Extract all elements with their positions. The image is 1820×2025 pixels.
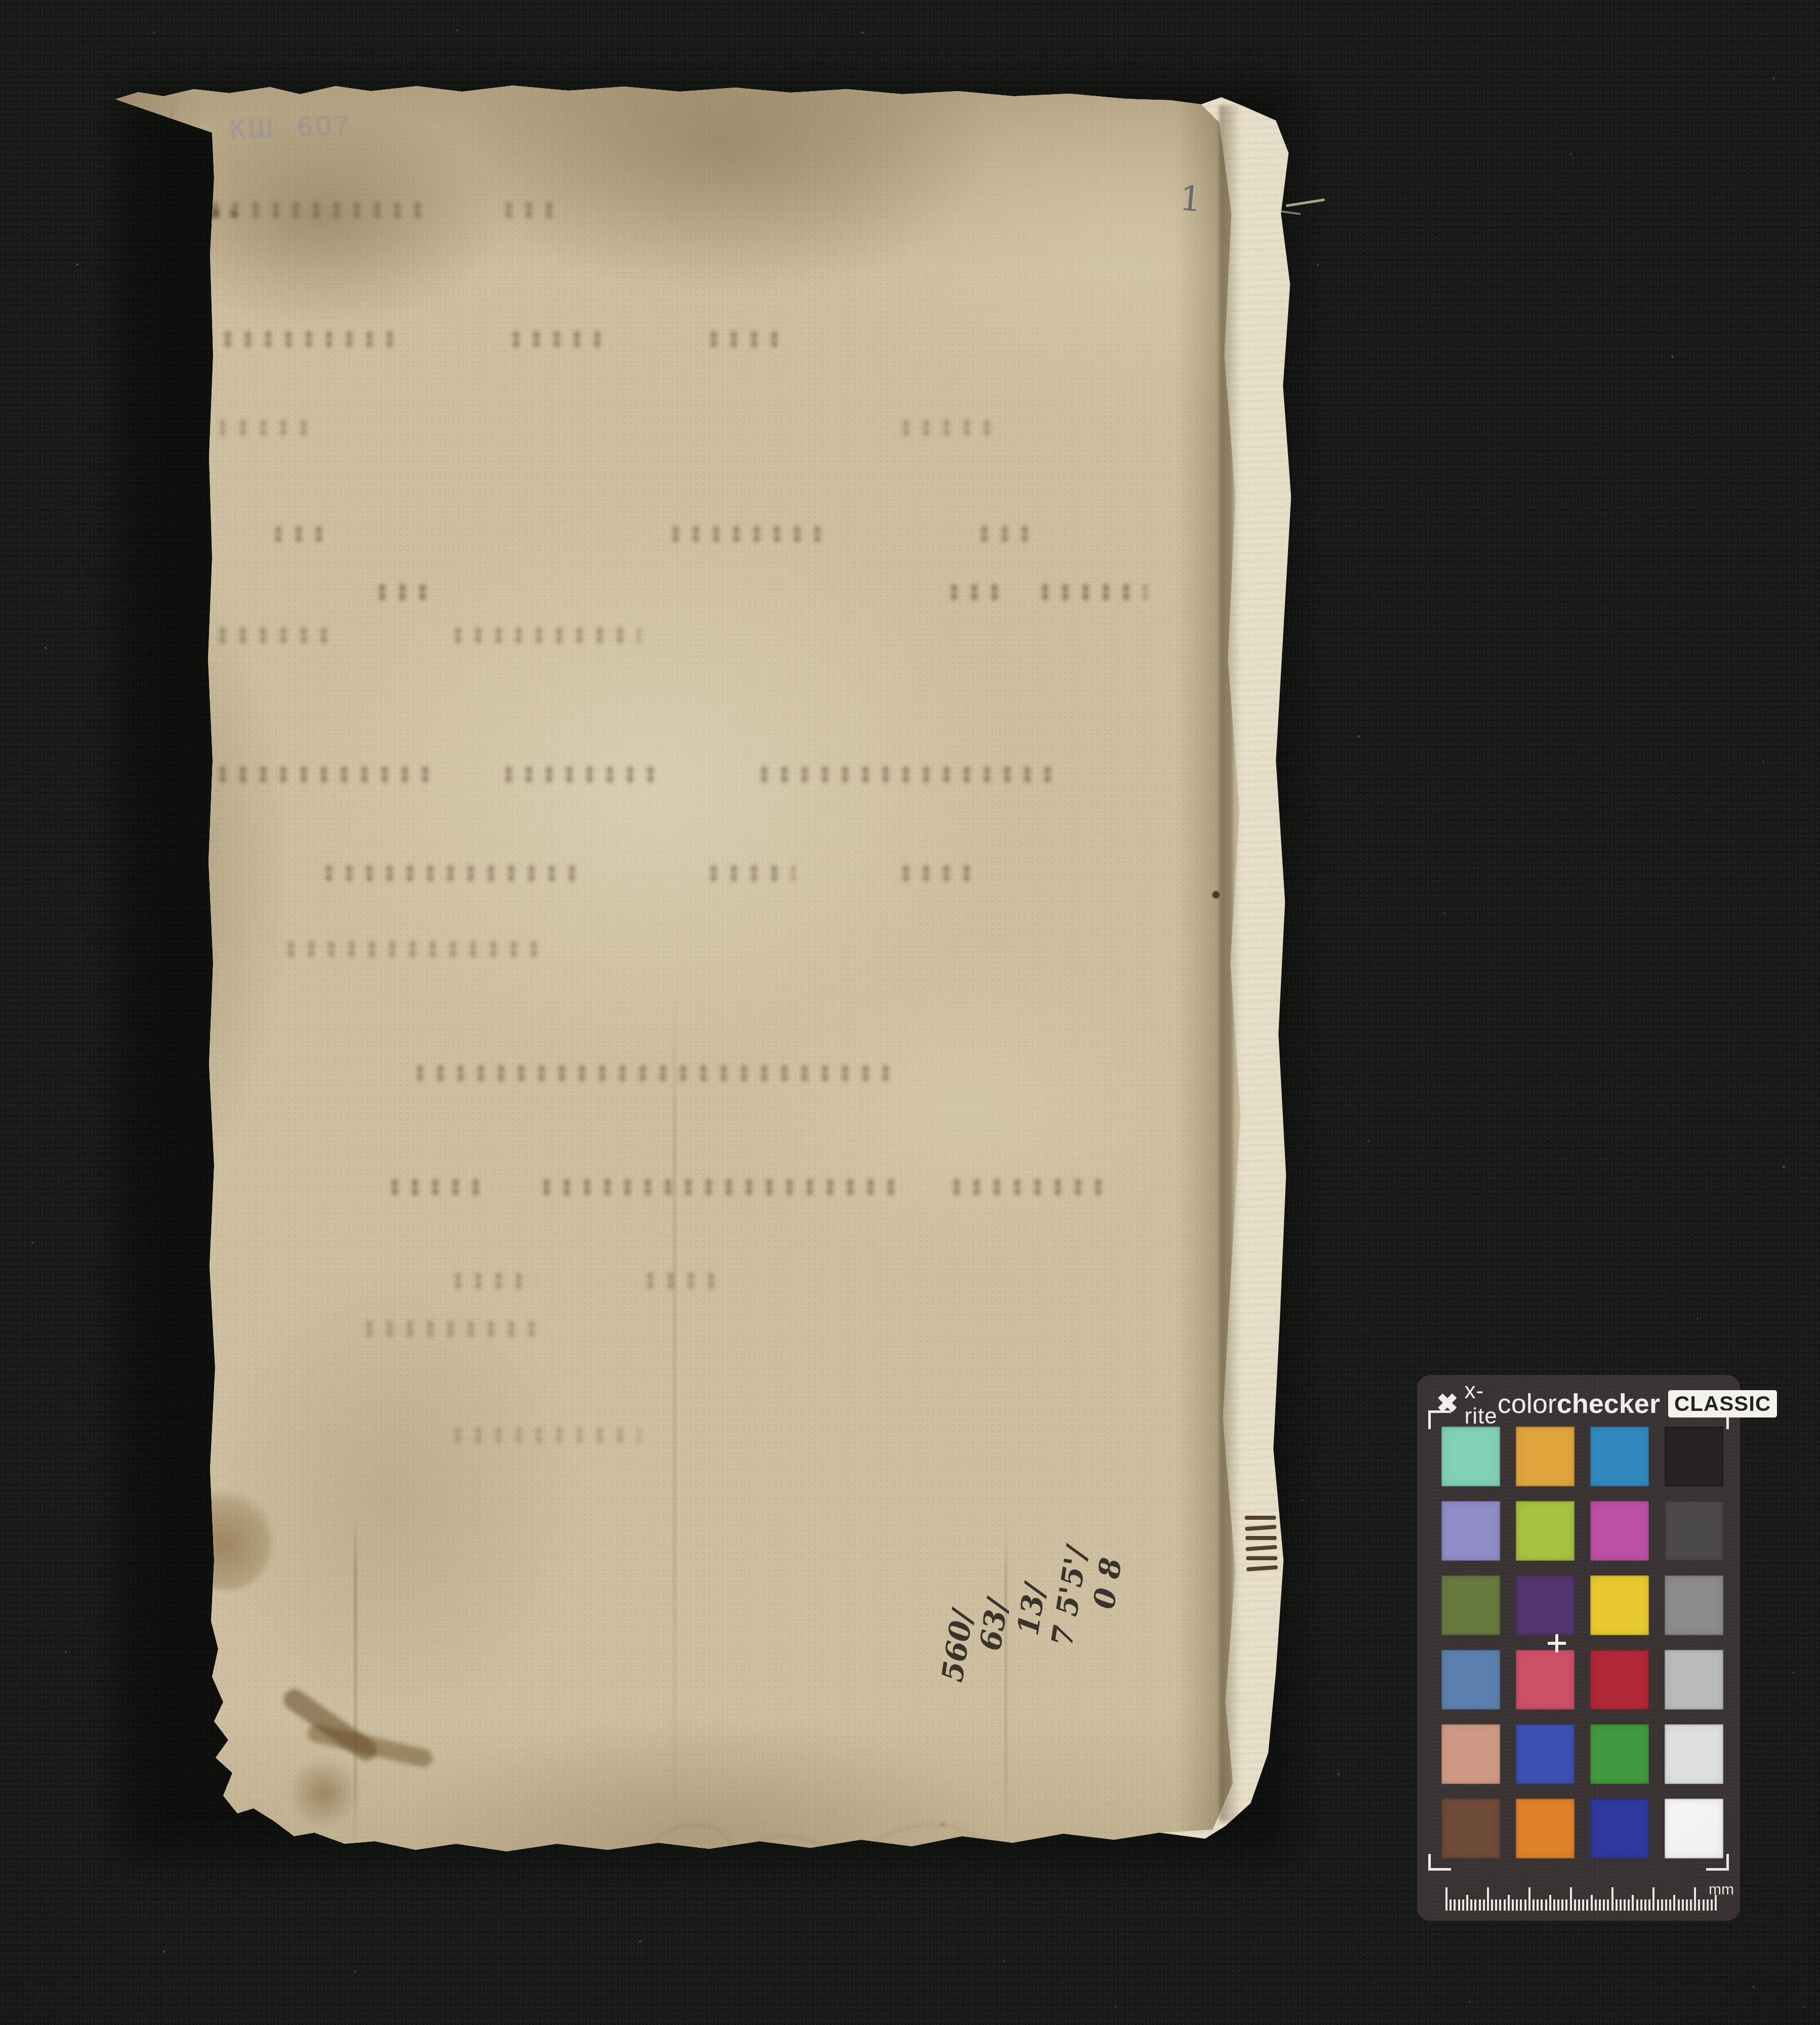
tally-mark bbox=[1247, 1565, 1278, 1571]
ruler-tick bbox=[1690, 1899, 1692, 1911]
tally-mark bbox=[1245, 1516, 1276, 1520]
dust-speck bbox=[861, 31, 864, 34]
fold-crease bbox=[673, 986, 676, 1847]
flourish-arc bbox=[732, 1829, 847, 1917]
dust-speck bbox=[1697, 1317, 1699, 1319]
ruler-tick bbox=[1603, 1899, 1605, 1911]
patch-grid bbox=[1441, 1427, 1723, 1858]
ruler-tick bbox=[1565, 1899, 1567, 1911]
dust-speck bbox=[1368, 1140, 1370, 1142]
ruler-tick bbox=[1707, 1899, 1709, 1911]
dust-speck bbox=[1317, 264, 1319, 266]
tally-mark bbox=[1246, 1556, 1277, 1560]
patch-blue-flower bbox=[1441, 1501, 1500, 1561]
colorchecker-title-group: colorchecker CLASSIC bbox=[1498, 1388, 1777, 1420]
tally-mark bbox=[1246, 1545, 1277, 1551]
patch-magenta bbox=[1590, 1501, 1649, 1561]
stain-blotch bbox=[283, 1761, 363, 1826]
dust-speck bbox=[354, 1970, 356, 1972]
ruler-tick bbox=[1479, 1899, 1481, 1911]
bleedthrough-segment bbox=[506, 331, 610, 348]
bleedthrough-segment bbox=[499, 201, 552, 219]
manuscript-page: КШ 607 1 560/63/13/7 5'5'/0 8 bbox=[108, 75, 1295, 1854]
pencil-shelfmark: КШ 607 bbox=[229, 109, 353, 145]
ruler-tick bbox=[1450, 1899, 1452, 1911]
stain-dark-dot bbox=[1212, 891, 1220, 899]
dust-speck bbox=[1003, 1960, 1005, 1962]
bleedthrough-segment bbox=[448, 1427, 640, 1444]
title-regular: color bbox=[1498, 1389, 1557, 1419]
patch-orange bbox=[1516, 1799, 1575, 1858]
ruler-tick bbox=[1636, 1899, 1638, 1911]
dust-speck bbox=[1337, 1773, 1340, 1775]
patch-red bbox=[1590, 1650, 1649, 1710]
ruler-tick bbox=[1561, 1899, 1563, 1911]
ruler-tick bbox=[1586, 1899, 1588, 1911]
dust-speck bbox=[1302, 1500, 1303, 1501]
manuscript-sheet: КШ 607 1 560/63/13/7 5'5'/0 8 bbox=[108, 75, 1295, 1854]
ruler-tick bbox=[1644, 1899, 1646, 1911]
dust-speck bbox=[1772, 77, 1775, 79]
dust-speck bbox=[1443, 912, 1445, 914]
ruler-tick bbox=[1582, 1899, 1584, 1911]
bleedthrough-segment bbox=[1035, 584, 1146, 601]
ruler-tick bbox=[1607, 1899, 1609, 1911]
photo-stage: КШ 607 1 560/63/13/7 5'5'/0 8 ✖ x-rite c… bbox=[0, 0, 1820, 2025]
dust-speck bbox=[1671, 355, 1674, 358]
ruler-tick bbox=[1616, 1899, 1618, 1911]
bleedthrough-segment bbox=[754, 766, 1063, 783]
flourish-arc bbox=[853, 1817, 997, 1915]
ruler-tick bbox=[1669, 1899, 1671, 1911]
ruler-tick bbox=[1537, 1899, 1539, 1911]
ruler-tick bbox=[1495, 1899, 1497, 1911]
bleedthrough-segment bbox=[944, 584, 1005, 601]
patch-neutral-8 bbox=[1665, 1724, 1723, 1784]
ruler-tick bbox=[1711, 1899, 1713, 1911]
ruler-tick bbox=[1458, 1899, 1460, 1911]
ruler-tick bbox=[1487, 1887, 1489, 1911]
bleedthrough-segment bbox=[448, 627, 640, 644]
ruler-tick bbox=[1499, 1899, 1501, 1911]
patch-neutral-5 bbox=[1665, 1575, 1723, 1635]
patch-neutral-3-5 bbox=[1665, 1501, 1723, 1561]
ruler-tick bbox=[1640, 1899, 1642, 1911]
xrite-brand-label: x-rite bbox=[1465, 1379, 1498, 1429]
ruler-tick bbox=[1595, 1899, 1597, 1911]
ruler-tick bbox=[1632, 1895, 1634, 1911]
colorchecker-card: ✖ x-rite colorchecker CLASSIC mm bbox=[1417, 1375, 1740, 1921]
colorchecker-header: ✖ x-rite colorchecker CLASSIC bbox=[1436, 1387, 1727, 1421]
dust-speck bbox=[1793, 1672, 1795, 1674]
ghost-flourish bbox=[644, 1791, 1120, 1943]
dust-speck bbox=[163, 1950, 166, 1953]
bleedthrough-segment bbox=[359, 1320, 536, 1338]
bleedthrough-segment bbox=[896, 419, 1002, 436]
flourish-stroke bbox=[777, 1899, 1030, 1915]
patch-moderate-red bbox=[1516, 1650, 1575, 1710]
bleedthrough-segment bbox=[385, 1179, 486, 1196]
ruler-unit-label: mm bbox=[1709, 1881, 1734, 1898]
folio-number: 1 bbox=[1178, 178, 1204, 220]
patch-white bbox=[1665, 1799, 1723, 1858]
patch-bluish-green bbox=[1441, 1427, 1500, 1486]
bleedthrough-segment bbox=[197, 331, 400, 348]
tally-mark bbox=[1245, 1525, 1276, 1531]
ruler-tick bbox=[1470, 1899, 1472, 1911]
tally-marks bbox=[1245, 1515, 1278, 1571]
colorchecker-title: colorchecker bbox=[1498, 1388, 1660, 1420]
bleedthrough-segment bbox=[268, 525, 337, 543]
patch-black bbox=[1665, 1427, 1723, 1486]
ruler-tick bbox=[1545, 1899, 1547, 1911]
ruler-tick bbox=[1682, 1899, 1684, 1911]
bleedthrough-segment bbox=[704, 865, 795, 882]
ruler-tick bbox=[1628, 1899, 1630, 1911]
ruler-tick bbox=[1508, 1895, 1510, 1911]
patch-yellow bbox=[1590, 1575, 1649, 1635]
ruler-tick bbox=[1624, 1899, 1626, 1911]
dust-speck bbox=[1570, 153, 1572, 155]
dust-speck bbox=[1469, 2001, 1471, 2003]
bleedthrough-segment bbox=[192, 627, 334, 644]
bleedthrough-segment bbox=[448, 1272, 536, 1289]
dust-speck bbox=[45, 647, 47, 649]
bleedthrough-segment bbox=[192, 766, 435, 783]
bleedthrough-segment bbox=[372, 584, 425, 601]
ruler-tick bbox=[1578, 1899, 1580, 1911]
dust-speck bbox=[1357, 735, 1360, 738]
ruler-tick bbox=[1512, 1899, 1514, 1911]
ruler-tick bbox=[1686, 1899, 1688, 1911]
patch-cyan bbox=[1590, 1427, 1649, 1486]
ruler-tick bbox=[1703, 1899, 1705, 1911]
bleedthrough-segment bbox=[640, 1272, 716, 1289]
bleedthrough-segment bbox=[410, 1065, 896, 1082]
bleedthrough-segment bbox=[704, 331, 790, 348]
patch-light-skin bbox=[1441, 1724, 1500, 1784]
center-plus-mark bbox=[1548, 1634, 1566, 1652]
ruler-tick bbox=[1491, 1899, 1493, 1911]
ruler-tick bbox=[1557, 1899, 1559, 1911]
dust-speck bbox=[76, 263, 78, 266]
dust-speck bbox=[1114, 2006, 1116, 2008]
ruler-tick bbox=[1694, 1887, 1696, 1911]
patch-dark-skin bbox=[1441, 1799, 1500, 1858]
patch-green bbox=[1590, 1724, 1649, 1784]
bleedthrough-segment bbox=[281, 941, 536, 958]
patch-neutral-6-5 bbox=[1665, 1650, 1723, 1710]
ruler-tick bbox=[1698, 1899, 1700, 1911]
ruler-tick bbox=[1454, 1899, 1456, 1911]
ruler-tick bbox=[1462, 1899, 1464, 1911]
bleedthrough-segment bbox=[536, 1179, 896, 1196]
ruler-tick bbox=[1524, 1899, 1526, 1911]
dust-speck bbox=[639, 1940, 642, 1943]
dust-speck bbox=[65, 1651, 67, 1653]
ruler-tick bbox=[1541, 1899, 1543, 1911]
patch-purplish-blue bbox=[1516, 1724, 1575, 1784]
ruler-tick bbox=[1549, 1895, 1551, 1911]
bleedthrough-segment bbox=[974, 525, 1027, 543]
ruler-tick bbox=[1516, 1899, 1518, 1911]
ruler-tick bbox=[1504, 1899, 1506, 1911]
dust-speck bbox=[1752, 1986, 1755, 1988]
bleedthrough-segment bbox=[319, 865, 577, 882]
ruler-tick bbox=[1673, 1895, 1675, 1911]
patch-blue-sky bbox=[1441, 1650, 1500, 1710]
title-bold: checker bbox=[1557, 1389, 1660, 1419]
ruler-tick bbox=[1574, 1899, 1576, 1911]
ruler-tick bbox=[1599, 1899, 1601, 1911]
ruler-ticks bbox=[1445, 1886, 1719, 1911]
dust-speck bbox=[1762, 760, 1764, 762]
ruler-tick bbox=[1657, 1899, 1659, 1911]
ruler-tick bbox=[1483, 1899, 1485, 1911]
ruler-tick bbox=[1678, 1899, 1680, 1911]
dust-speck bbox=[31, 1241, 34, 1244]
ruler-tick bbox=[1553, 1899, 1555, 1911]
ruler-tick bbox=[1648, 1899, 1650, 1911]
ruler-tick bbox=[1652, 1887, 1654, 1911]
dust-speck bbox=[1783, 1165, 1785, 1168]
patch-foliage bbox=[1441, 1575, 1500, 1635]
bleedthrough-segment bbox=[946, 1179, 1101, 1196]
ruler-tick bbox=[1591, 1895, 1593, 1911]
ruler-tick bbox=[1620, 1899, 1622, 1911]
ruler-tick bbox=[1474, 1899, 1476, 1911]
bleedthrough-segment bbox=[499, 766, 666, 783]
patch-blue bbox=[1590, 1799, 1649, 1858]
dust-speck bbox=[1803, 2006, 1805, 2008]
ruler-tick bbox=[1661, 1899, 1663, 1911]
strip-crease-shadow bbox=[1219, 105, 1240, 1821]
patch-purple bbox=[1516, 1575, 1575, 1635]
bleedthrough-segment bbox=[666, 525, 820, 543]
ruler-tick bbox=[1665, 1899, 1667, 1911]
dust-speck bbox=[457, 29, 459, 31]
ink-inscription: 560/63/13/7 5'5'/0 8 bbox=[985, 1511, 1221, 1705]
patch-yellow-green bbox=[1516, 1501, 1575, 1561]
ruler-tick bbox=[1570, 1887, 1572, 1911]
tally-mark bbox=[1246, 1536, 1277, 1540]
ruler-tick bbox=[1528, 1887, 1531, 1911]
ruler-tick bbox=[1533, 1899, 1535, 1911]
patch-orange-yellow bbox=[1516, 1427, 1575, 1486]
ruler-tick bbox=[1445, 1887, 1447, 1911]
ruler-tick bbox=[1466, 1895, 1468, 1911]
bleedthrough-segment bbox=[896, 865, 974, 882]
ruler-tick bbox=[1520, 1899, 1522, 1911]
dust-speck bbox=[153, 31, 155, 33]
ruler-tick bbox=[1611, 1887, 1614, 1911]
